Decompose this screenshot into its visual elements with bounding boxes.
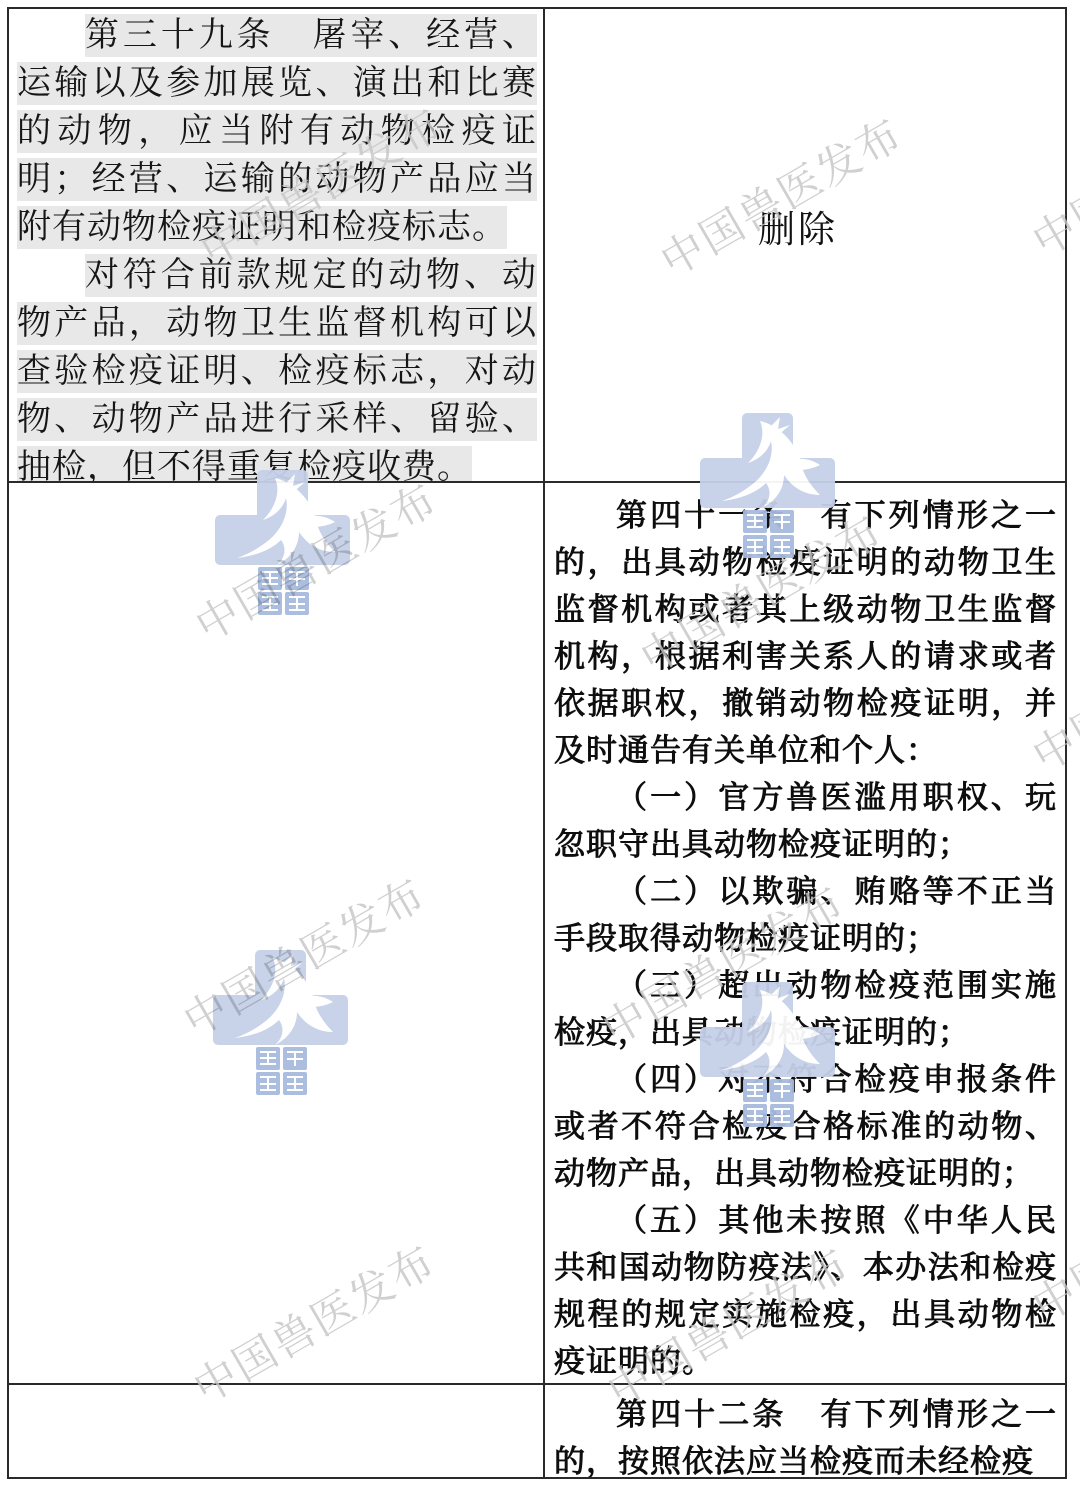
delete-action-label: 删除: [758, 199, 838, 253]
old-article-39-cell: 第三十九条 屠宰、经营、运输以及参加展览、演出和比赛的动物，应当附有动物检疫证明…: [9, 9, 545, 483]
paragraph: 第四十一条 有下列情形之一的，出具动物检疫证明的动物卫生监督机构或者其上级动物卫…: [554, 492, 1057, 774]
paragraph: （四）对不符合检疫申报条件或者不符合检疫合格标准的动物、动物产品，出具动物检疫证…: [554, 1056, 1057, 1197]
old-empty-cell-1: [9, 483, 545, 1385]
revision-action-cell: 删除: [545, 9, 1065, 483]
document-page: 第三十九条 屠宰、经营、运输以及参加展览、演出和比赛的动物，应当附有动物检疫证明…: [0, 0, 1080, 1493]
paragraph: （一）官方兽医滥用职权、玩忽职守出具动物检疫证明的；: [554, 774, 1057, 868]
paragraph: （二）以欺骗、贿赂等不正当手段取得动物检疫证明的；: [554, 868, 1057, 962]
paragraph: （五）其他未按照《中华人民共和国动物防疫法》、本办法和检疫规程的规定实施检疫，出…: [554, 1197, 1057, 1385]
comparison-table: 第三十九条 屠宰、经营、运输以及参加展览、演出和比赛的动物，应当附有动物检疫证明…: [7, 7, 1067, 1479]
paragraph: 第四十二条 有下列情形之一的，按照依法应当检疫而未经检疫: [554, 1391, 1057, 1477]
old-empty-cell-2: [9, 1385, 545, 1477]
paragraph: （三）超出动物检疫范围实施检疫，出具动物检疫证明的；: [554, 962, 1057, 1056]
new-article-41-cell: 第四十一条 有下列情形之一的，出具动物检疫证明的动物卫生监督机构或者其上级动物卫…: [545, 483, 1065, 1385]
paragraph: 对符合前款规定的动物、动物产品，动物卫生监督机构可以查验检疫证明、检疫标志，对动…: [17, 252, 537, 483]
new-article-42-cell: 第四十二条 有下列情形之一的，按照依法应当检疫而未经检疫: [545, 1385, 1065, 1477]
paragraph: 第三十九条 屠宰、经营、运输以及参加展览、演出和比赛的动物，应当附有动物检疫证明…: [17, 12, 537, 252]
